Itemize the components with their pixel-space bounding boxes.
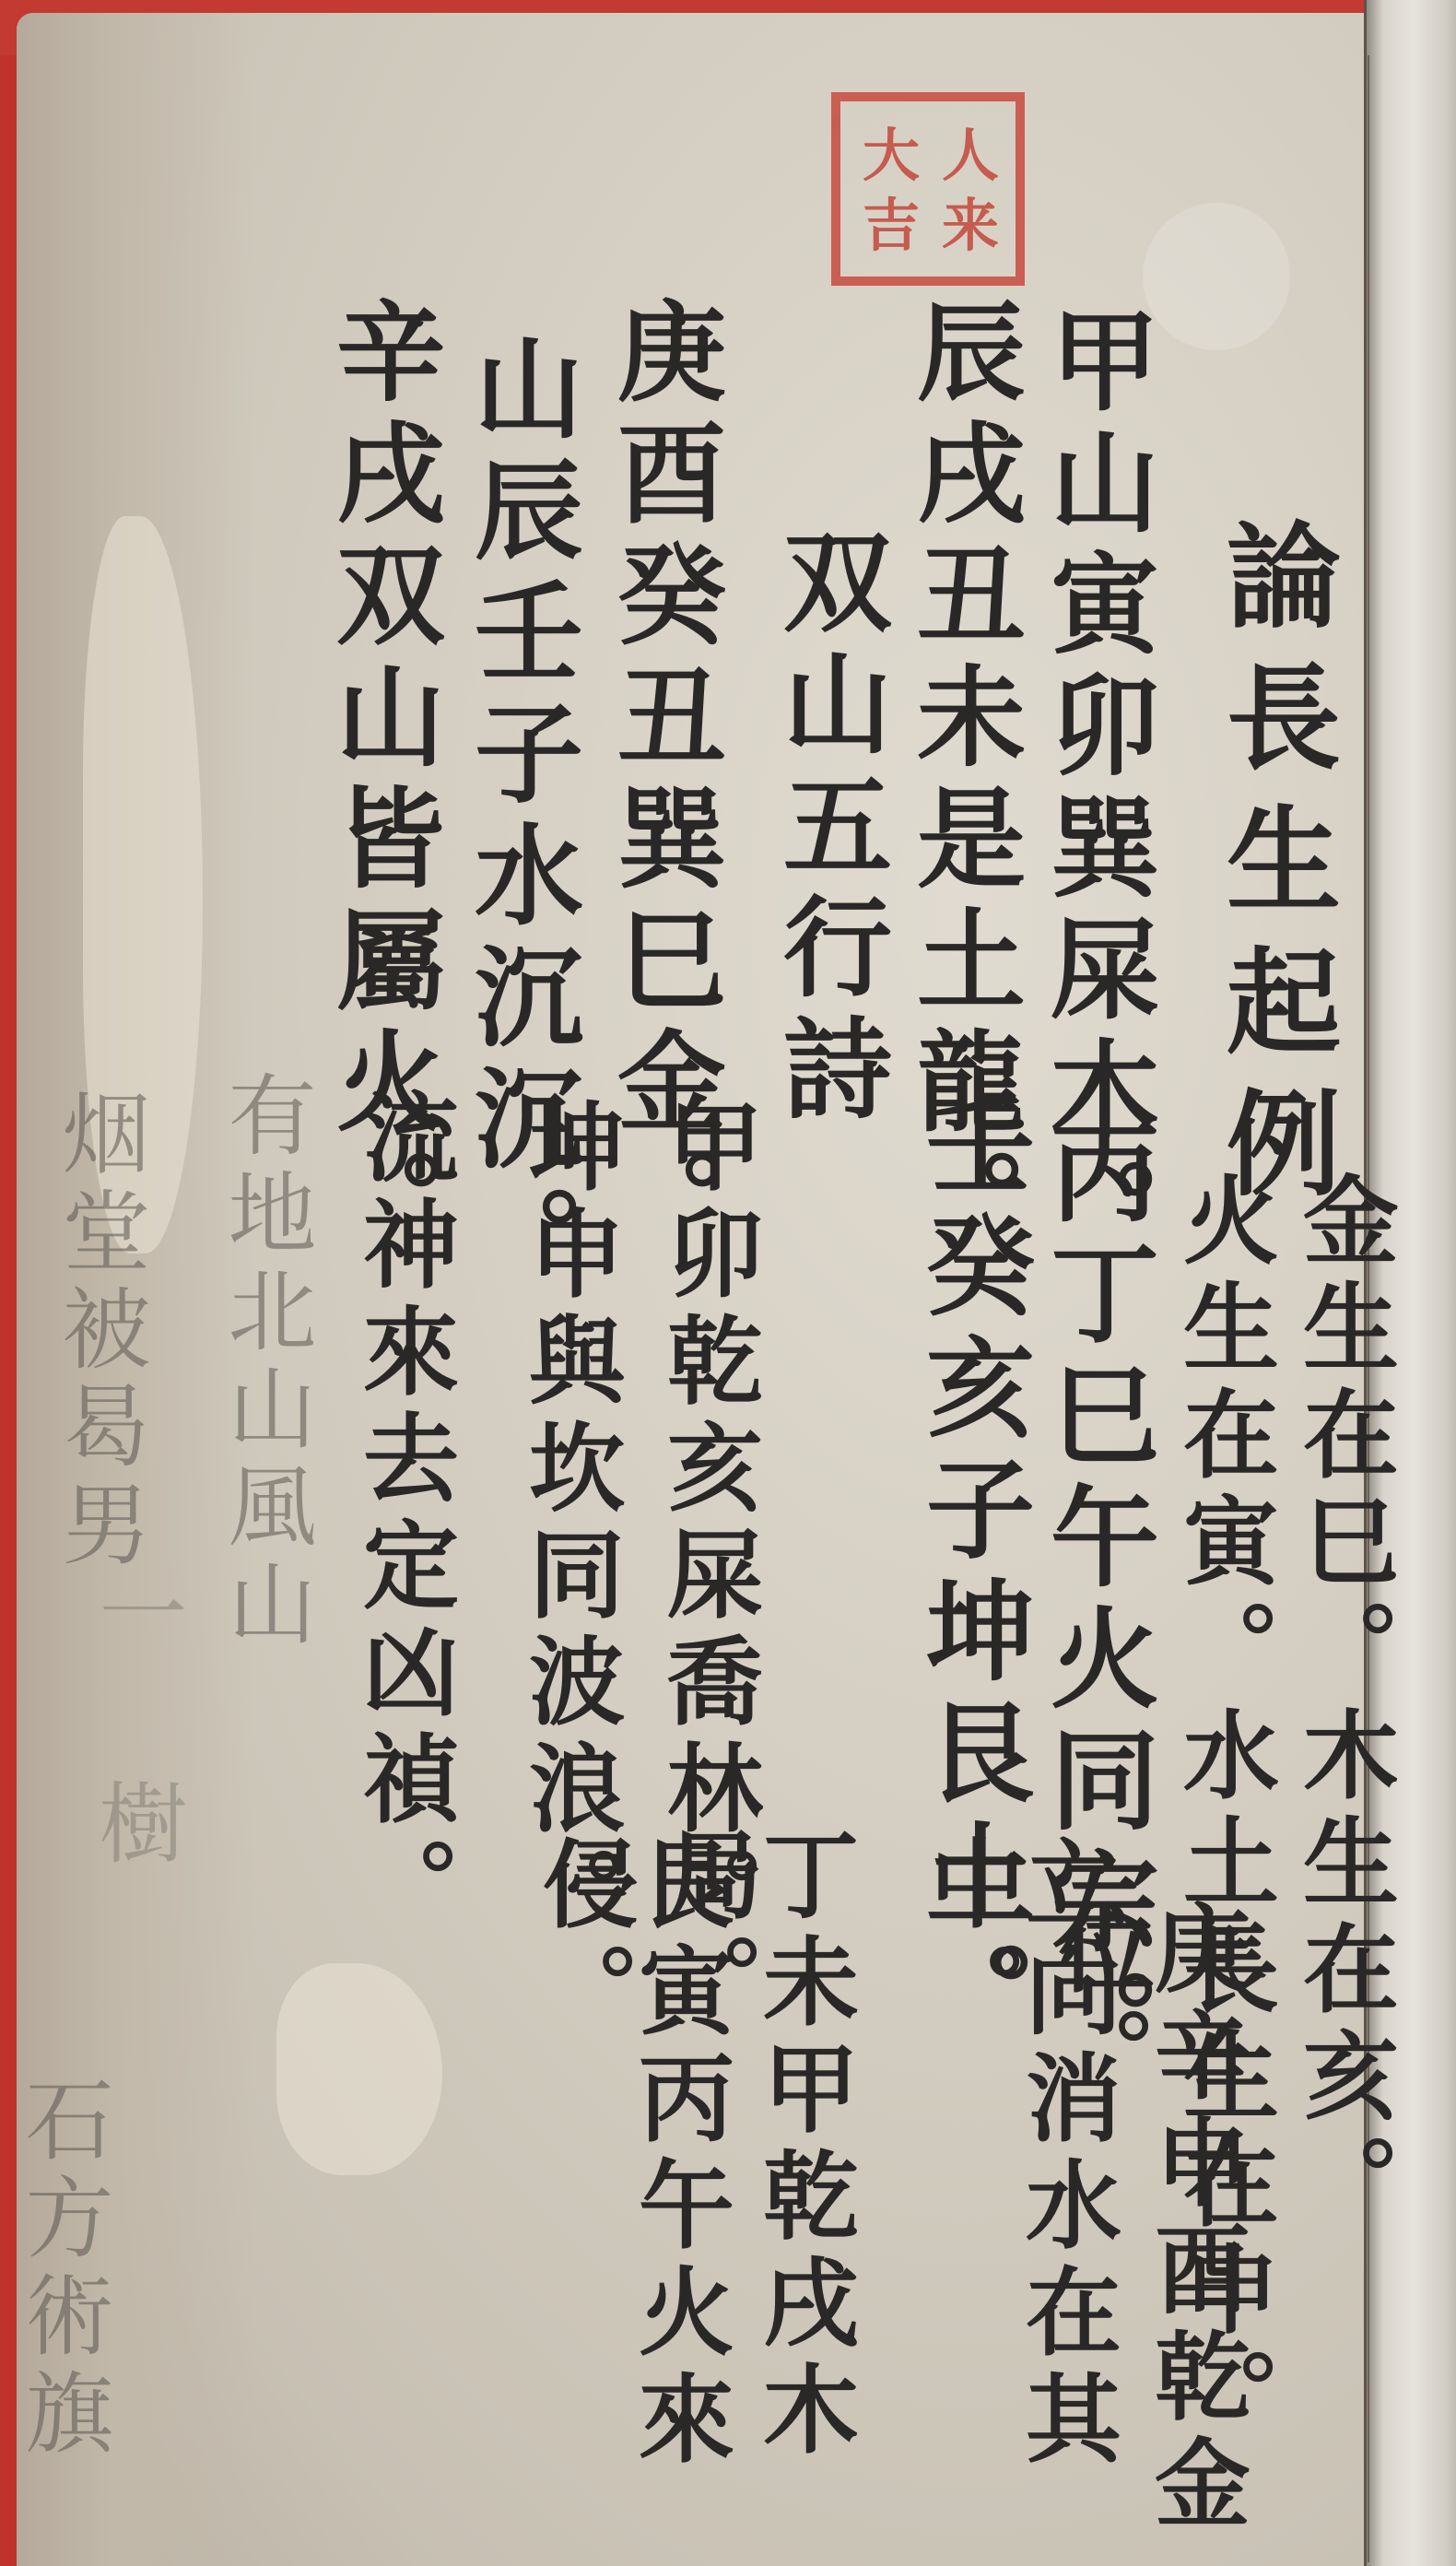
text-column: 金生在巳。木生在亥。 (1295, 1171, 1391, 2240)
text-column: 山辰壬子水沉沉。 (465, 332, 574, 1305)
seal-char: 来 (942, 197, 999, 254)
text-column: 立向消水在其中。 (922, 1834, 1113, 2566)
seal-char: 吉 (863, 197, 920, 254)
text-column: 流神來去定凶禎。 (355, 1088, 451, 1943)
red-seal-stamp: 人 来 大 吉 (831, 92, 1025, 286)
bleed-through-text: 有地北山風山 (221, 1069, 310, 1655)
seal-char: 大 (863, 127, 920, 184)
paper-stain (1143, 203, 1290, 350)
page-title: 論長生起例 (1216, 516, 1331, 1226)
bleed-through-text: 烟堂被曷男 (55, 1088, 144, 1576)
seal-char: 人 (942, 127, 999, 184)
text-column: 艮寅丙午火來侵。 (534, 1834, 726, 2566)
poem-subtitle: 双山五行詩 (774, 525, 883, 1134)
bleed-through-text: 石方術旗 (18, 2074, 107, 2465)
bleed-through-text: 一 樹 (92, 1567, 181, 1875)
